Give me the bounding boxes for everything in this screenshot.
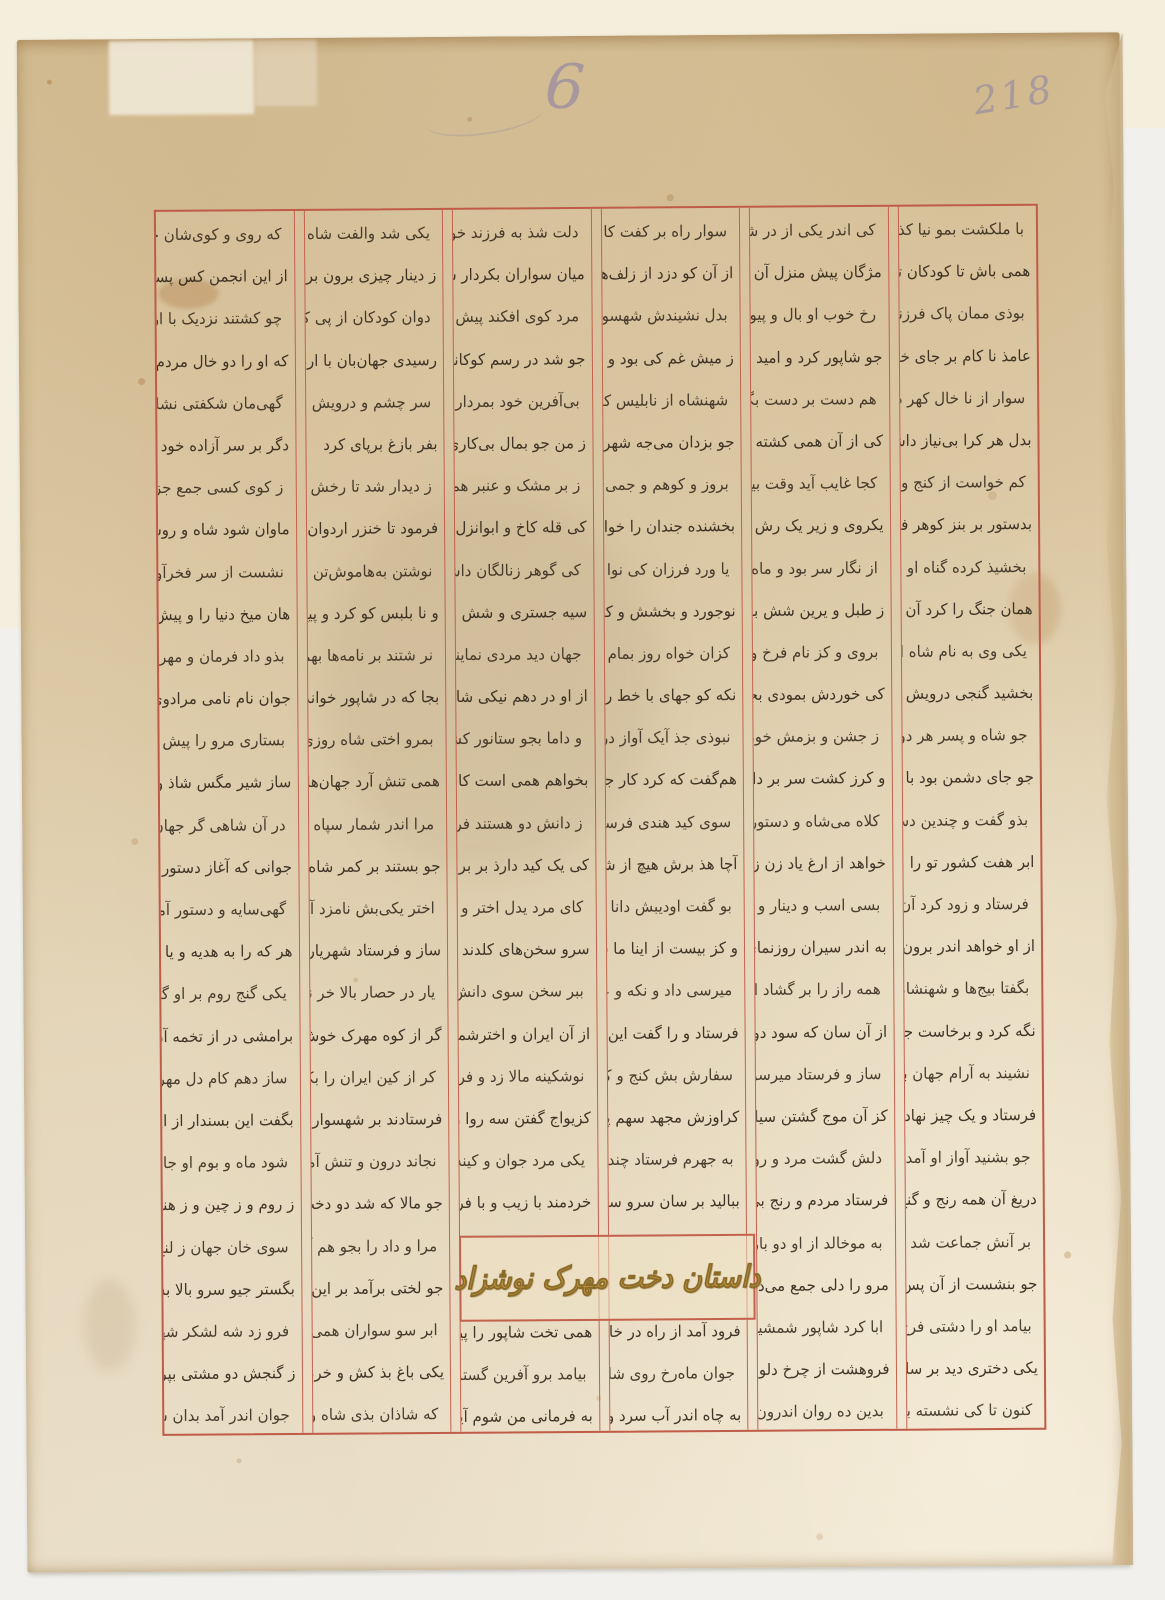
verse-line: بیامد برو آفرین گسترش (461, 1352, 599, 1397)
verse-line: بذو داد فرمان و مهر و نگین (159, 634, 297, 679)
verse-line: فرستاد و یک چیز نهادش نخست (905, 1093, 1043, 1138)
verse-line: یا ورد فرزان کی نوا شهر (604, 546, 742, 591)
verse-line: ز روم و ز چین و ز هند و طراز (163, 1182, 301, 1227)
verse-line: ساز و فرستاد میرسو سپاه (756, 1052, 894, 1097)
text-column-1: که روی و کوی‌شان چو کان گهراز این انجمن … (156, 211, 302, 1434)
verse-line: ابر سو سواران همی تاختند (312, 1308, 450, 1353)
verse-line: بروز و کوهم و جمی بخشید (603, 462, 741, 507)
text-column-6: با ملکشت بمو نیا کذ خردهمی باش تا کودکان… (898, 206, 1044, 1429)
verse-line: خردمند با زیب و با فرهی (460, 1180, 598, 1225)
verse-line: رسیدی جهان‌بان با اردشیر (305, 338, 443, 383)
verse-line: کزان خواه روز بمام و دستور شاه (604, 631, 742, 676)
tape-residue (255, 40, 317, 106)
chapter-heading-panel: داستان دخت مهرک نوشزاد (459, 1234, 756, 1322)
verse-line: گهی‌سایه و دستور آمد جنگ (161, 887, 299, 932)
verse-line: ز دانش دو هستند فراوان پارس (457, 801, 595, 846)
verse-line: سر چشم و درویش بی‌وقت گفت (306, 380, 444, 425)
verse-line: فرو زد شه لشکر شهریار (164, 1309, 302, 1354)
verse-line: بستاری مرو را پیش جای درنگ (159, 718, 297, 763)
verse-line: همه راز را بر گشاد از نهفت (755, 967, 893, 1012)
verse-line: ببر سخن سوی دانش جوی (458, 969, 596, 1014)
verse-line: و نا بلبس کو کرد و پیچ دورم (307, 591, 445, 636)
verse-line: کی گوهر زنالگان داشت بس (455, 548, 593, 593)
verse-line: یار در حصار بالا خر نژاد (310, 970, 448, 1015)
verse-line: فرستاد و زود کرد آن‌ها پسند (903, 882, 1041, 927)
verse-line: به چاه اندر آب سرد و خوش (610, 1393, 748, 1431)
verse-line: جوان اندر آمد بدان سر جای (164, 1393, 302, 1434)
verse-line: ز کوی کسی جمع جز او مدان (158, 465, 296, 510)
verse-line: هم دست بر دست بگذاشتند (751, 377, 889, 422)
verse-line: از این انجمن کس پسش نشمرد (156, 254, 294, 299)
verse-line: کی از آن همی کشته شد ناشنم (751, 419, 889, 464)
verse-line: فرمود تا خنزر اردوان (306, 506, 444, 551)
verse-line: ز دیدار شد تا رخش نابرید (306, 464, 444, 509)
verse-line: سرو سخن‌های کلدند پر گنج (458, 927, 596, 972)
verse-line: کم خواست از کنج و دینار خواه (900, 460, 1038, 505)
verse-line: جو جای دشمن بود با گزند (902, 755, 1040, 800)
pencil-stroke (424, 92, 547, 141)
verse-line: نر شتند بر نامه‌ها بهمچنین (307, 633, 445, 678)
verse-line: و کرز کشت سر بر داختی (754, 756, 892, 801)
verse-line: جهان دید مردی نماینده راه (456, 632, 594, 677)
verse-line: ساز شیر مگس شاذ و یزدان‌پرست (160, 761, 298, 806)
verse-line: بدین ده روان اندرون آب شور (758, 1389, 896, 1430)
verse-line: هان میخ دنیا را و پیش و کم (159, 592, 297, 637)
verse-line: شود ماه و بوم او جان جری (162, 1140, 300, 1185)
verse-line: ز دینار چیزی برون برد (305, 253, 443, 298)
verse-line: جوان ماه‌رخ روی شاپور دید (609, 1351, 747, 1396)
verse-line: که روی و کوی‌شان چو کان گهر (156, 212, 294, 257)
verse-line: گهی‌مان شکفتی نشان داد هفت (157, 381, 295, 426)
verse-line: بخشیذ کرده گناه او را (901, 544, 1039, 589)
verse-line: یکی باغ بذ کش و خرم سرای (312, 1350, 450, 1395)
verse-line: ز من جو بمال بی‌کاری رود (454, 421, 592, 466)
verse-line: یکی دختری دید بر سان ماه (906, 1346, 1044, 1391)
verse-line: نبوذی جذ آیک آواز در شهر (605, 715, 743, 760)
verse-line: عامذ نا کام بر جای خوش (899, 333, 1037, 378)
verse-line: فرستادند بر شهسوار یار (311, 1097, 449, 1142)
verse-line: کای مرد یدل اختر و راه جوی (458, 885, 596, 930)
verse-line: بفر بازغ برپای کرد (306, 422, 444, 467)
verse-line: نوجورد و بخشش و کار هم (604, 589, 742, 634)
verse-line: بدل هر کرا بی‌نیاز داشتم (900, 418, 1038, 463)
verse-line: جوانی که آغاز دستور و بر (160, 845, 298, 890)
verse-line: بیامد او را دشتی فرخ (906, 1304, 1044, 1349)
verse-line: سوی کید هندی فرستیم کس (605, 800, 743, 845)
verse-line: دوان کودکان از پی کوچ و تیر (305, 295, 443, 340)
verse-line: جو بشنید آواز او آمد ز شیر (905, 1135, 1043, 1180)
verse-line: بی‌آفرین خود بمردار کرد (454, 379, 592, 424)
verse-line: یکروی و زیر یک رش بودند (752, 503, 890, 548)
verse-line: جوان نام نامی مرادوی را (159, 676, 297, 721)
verse-line: نشیند به آرام جهان بخت شاه (904, 1051, 1042, 1096)
verse-line: بروی و کز نام فرخ وزیر (753, 630, 891, 675)
verse-line: مژگان پیش منزل آن کوی (750, 250, 888, 295)
verse-line: جو بزدان می‌جه شهریاری فرود (603, 420, 741, 465)
verse-line: بو گفت اودیبش دانا یکوی (606, 884, 744, 929)
verse-line: دلش گشت مرد و روزخ جو پر سم (756, 1136, 894, 1181)
verse-line: ببالید بر سان سرو سهی (608, 1179, 746, 1224)
verse-line: کزیواج گفتن سه روا رحمند (459, 1096, 597, 1141)
verse-line: ز طبل و یرین شش بودن سنان (753, 588, 891, 633)
verse-line: بذو گفت و چندین دستور کوی (902, 798, 1040, 843)
verse-line: بگستر جیو سرو بالا بسوز (163, 1267, 301, 1312)
verse-line: سوار راه بر کفت کالای شاه (601, 209, 739, 254)
verse-line: اختر یکی‌بش نامزد آن جنگ (309, 886, 447, 931)
verse-line: ز بر مشک و عنبر همی بختند (455, 463, 593, 508)
verse-line: بخشنده جندان را خواسته (603, 504, 741, 549)
verse-line: مرا و داد را بجو هم آن نبود (311, 1224, 449, 1269)
verse-line: از آن کو دزد از زلف‌ها بدید گیر (602, 251, 740, 296)
verse-line: بر آنش جماعت شد آن دخت کنم (905, 1219, 1043, 1264)
pencil-number-annotation: 6 (543, 49, 587, 124)
verse-line: دلت شذ به فرزند خوذ بر گواه (453, 210, 591, 255)
verse-line: بدستور بر بنز کوهر فشانذ (900, 502, 1038, 547)
verse-line: ز جشن و بزمش خود بم کردند (753, 714, 891, 759)
verse-line: بسی اسب و دینار و چندی برند (755, 883, 893, 928)
verse-line: کراوزش مجهد سهم پر ملذ (608, 1095, 746, 1140)
verse-line: مرا اندر شمار سپاه بلند (308, 802, 446, 847)
verse-line: به جهرم فرستاد چندان سواد (608, 1137, 746, 1182)
verse-line: نشست از سر فخرآوری حیدری (158, 550, 296, 595)
manuscript-leaf: 6 218 که روی و کوی‌شان چو کان گهراز این … (17, 32, 1131, 1573)
verse-line: رخ خوب او بال و پیوند من (750, 292, 888, 337)
verse-line: از آن سان که سود دو دیده کنند (755, 1009, 893, 1054)
verse-line: بمرو اختی شاه روزی نجات (308, 717, 446, 762)
verse-line: میرسی داد و نکه و عجهای و نذ (607, 968, 745, 1013)
verse-line: میان سواران بکردار شیر (453, 252, 591, 297)
text-column-5: کی اندر یکی از در شهری بجایمژگان پیش منز… (750, 207, 896, 1430)
verse-line: هم‌گفت که کرد کار جهان (605, 757, 743, 802)
stain-mark (83, 1279, 136, 1371)
verse-line: ابر هفت کشور تو را این جمال (903, 840, 1041, 885)
verse-line: همی تنش آرد جهان‌ها و دست (308, 759, 446, 804)
verse-line: جو لختی برآمد بر این روزگار (312, 1266, 450, 1311)
verse-line: و کز بیست از اینا ما شهم کوی (606, 926, 744, 971)
verse-line: به اندر سیران روزنمای راه (755, 925, 893, 970)
verse-line: بدل نشیندش شهسوار (602, 293, 740, 338)
verse-line: کلاه می‌شاه و دستور کوی (754, 799, 892, 844)
verse-line: جو بستند بر کمر شاه اردشیر (309, 844, 447, 889)
verse-line: ساز و فرستاد شهریار (309, 928, 447, 973)
verse-line: جو شاپور کرد و امید بیش (751, 335, 889, 380)
verse-line: سیه جستری و شش و پرنیوم (456, 590, 594, 635)
verse-line: کی خوردش بمودی بجز کام کرد (753, 672, 891, 717)
verse-line: ساز دهم کام دل مهرجوی (162, 1056, 300, 1101)
verse-line: یکی گنج روم بر او گرفت (161, 971, 299, 1016)
verse-line: برامشی در از تخمه آن نشاد (161, 1014, 299, 1059)
verse-line: شهنشاه از نابلیس کو کشش سر (603, 378, 741, 423)
verse-line: نوشکینه مالا زد و فرو سنج (459, 1054, 597, 1099)
verse-line: مرد کوی افکند پیش سوار (453, 294, 591, 339)
verse-line: ز گنجش دو مشتی بپرداخت (164, 1351, 302, 1396)
verse-line: نوشتن به‌هاموش‌تن بلوی (307, 549, 445, 594)
verse-line: جو شاه و پسر هر دو سرو بلند (902, 713, 1040, 758)
verse-line: کر از کین ایران را بکشت و است (310, 1055, 448, 1100)
verse-line: کنون تا کی نشسته باشد ستور (907, 1388, 1045, 1429)
verse-line: بوذی ممان پاک فرزند اوی (899, 291, 1037, 336)
verse-line: ابا کرد شاپور شمشیرزن (758, 1305, 896, 1350)
verse-line: آچا هذ برش هیچ از شاه نبچ (606, 842, 744, 887)
verse-line: بگفتا بیج‌ها و شهنشاه گفت (904, 966, 1042, 1011)
verse-line: گر از کوه مهرک خوش‌نژاد (310, 1013, 448, 1058)
verse-line: بخشید گنجی درویش مرد (902, 671, 1040, 716)
verse-line: از او خواهد اندر برون دستگاه (903, 924, 1041, 969)
verse-line: نگه کرد و برخاست جرخ بلند (904, 1008, 1042, 1053)
verse-line: کی یک کید دارذ بر برنج (457, 843, 595, 888)
verse-line: نکه کو جهای با خط رستمان (605, 673, 743, 718)
verse-line: یکی مرد جوان و کینه‌دار (459, 1138, 597, 1183)
verse-line: ز میش غم کی بود و سرد (602, 336, 740, 381)
verse-line: از نگار سر بود و ماه و را (752, 545, 890, 590)
verse-line: نجاند درون و تنش آمرز کوی (311, 1139, 449, 1184)
verse-line: یکی وی به نام شاه اردشیر (901, 629, 1039, 674)
verse-line: کی قله کاخ و ابوانزل آسته (455, 505, 593, 550)
verse-line: با ملکشت بمو نیا کذ خرد (898, 207, 1036, 252)
verse-line: که او را دو خال مردم‌کش است (157, 339, 295, 384)
verse-line: به فرمانی من شوم آیین بست (461, 1394, 599, 1432)
verse-line: سوی خان جهان ز لنج بکشت (163, 1225, 301, 1270)
verse-line: جو شد در رسم کوکانز سرد (454, 337, 592, 382)
verse-line: از او در دهم نیکی شایستان (456, 674, 594, 719)
verse-line: کز آن موج گشتن سیل به هفت (756, 1094, 894, 1139)
verse-line: بخواهم همی است کای روی‌های (457, 758, 595, 803)
verse-line: سوار از نا خال کهر داشتذ (900, 376, 1038, 421)
verse-line: بجا که در شاپور خواندی را (308, 675, 446, 720)
verse-line: فرستاد مردم و رنج بی (757, 1178, 895, 1223)
verse-line: از آن ایران و اخترشمار (458, 1012, 596, 1057)
verse-line: دگر بر سر آزاده خود شد سر (157, 423, 295, 468)
verse-line: کی اندر یکی از در شهری بجای (750, 208, 888, 253)
verse-line: فروهشت از چرخ دلوی به چاه (758, 1347, 896, 1392)
verse-line: فرستاد و را گفت این چه نماز (607, 1011, 745, 1056)
verse-line: کجا غایب آید وقت بیدارخواه (752, 461, 890, 506)
verse-line: هر که را به هدیه و یا شا (161, 929, 299, 974)
deckled-paper-edge (1099, 32, 1134, 1565)
verse-line: دریغ آن همه رنج و گنج مهان (905, 1177, 1043, 1222)
verse-line: چو کشتند نزدیک با اردشیر (156, 296, 294, 341)
verse-line: سفارش بش کنج و کاهش برنج (607, 1053, 745, 1098)
verse-line: مرو را دلی جمع می‌داشت مه (757, 1263, 895, 1308)
pencil-folio-number: 218 (970, 67, 1058, 124)
verse-line: جو بنشست از آن پس شاه جهان (906, 1262, 1044, 1307)
foxing-specks (47, 80, 52, 85)
tape-residue (109, 40, 255, 115)
verse-line: یکی شد والفت شاه اردشیر (304, 211, 442, 256)
verse-line: که شاذان بذی شاه و خندان بذی (313, 1392, 451, 1433)
verse-line: بگفت این بسندار از این هموار (162, 1098, 300, 1143)
verse-line: خواهد از ارغ یاد زن زوال (754, 841, 892, 886)
text-column-2: یکی شد والفت شاه اردشیرز دینار چیزی برون… (304, 210, 450, 1433)
verse-line: همان جنگ را کرد آن پس عنان (901, 587, 1039, 632)
chapter-heading-text: داستان دخت مهرک نوشزاد (454, 1259, 761, 1296)
verse-line: به موخالد از او دو بار بگم (757, 1220, 895, 1265)
verse-line: همی باش تا کودکان تازه‌روی (899, 249, 1037, 294)
verse-line: و داما بجو ستانور کشتی و بر (456, 716, 594, 761)
verse-line: ماوان شود شاه و روشن‌روان (158, 507, 296, 552)
verse-line: جو مالا که شد دو دخت مهر نخست (311, 1181, 449, 1226)
verse-line: در آن شاهی گر جهان یار دست (160, 803, 298, 848)
